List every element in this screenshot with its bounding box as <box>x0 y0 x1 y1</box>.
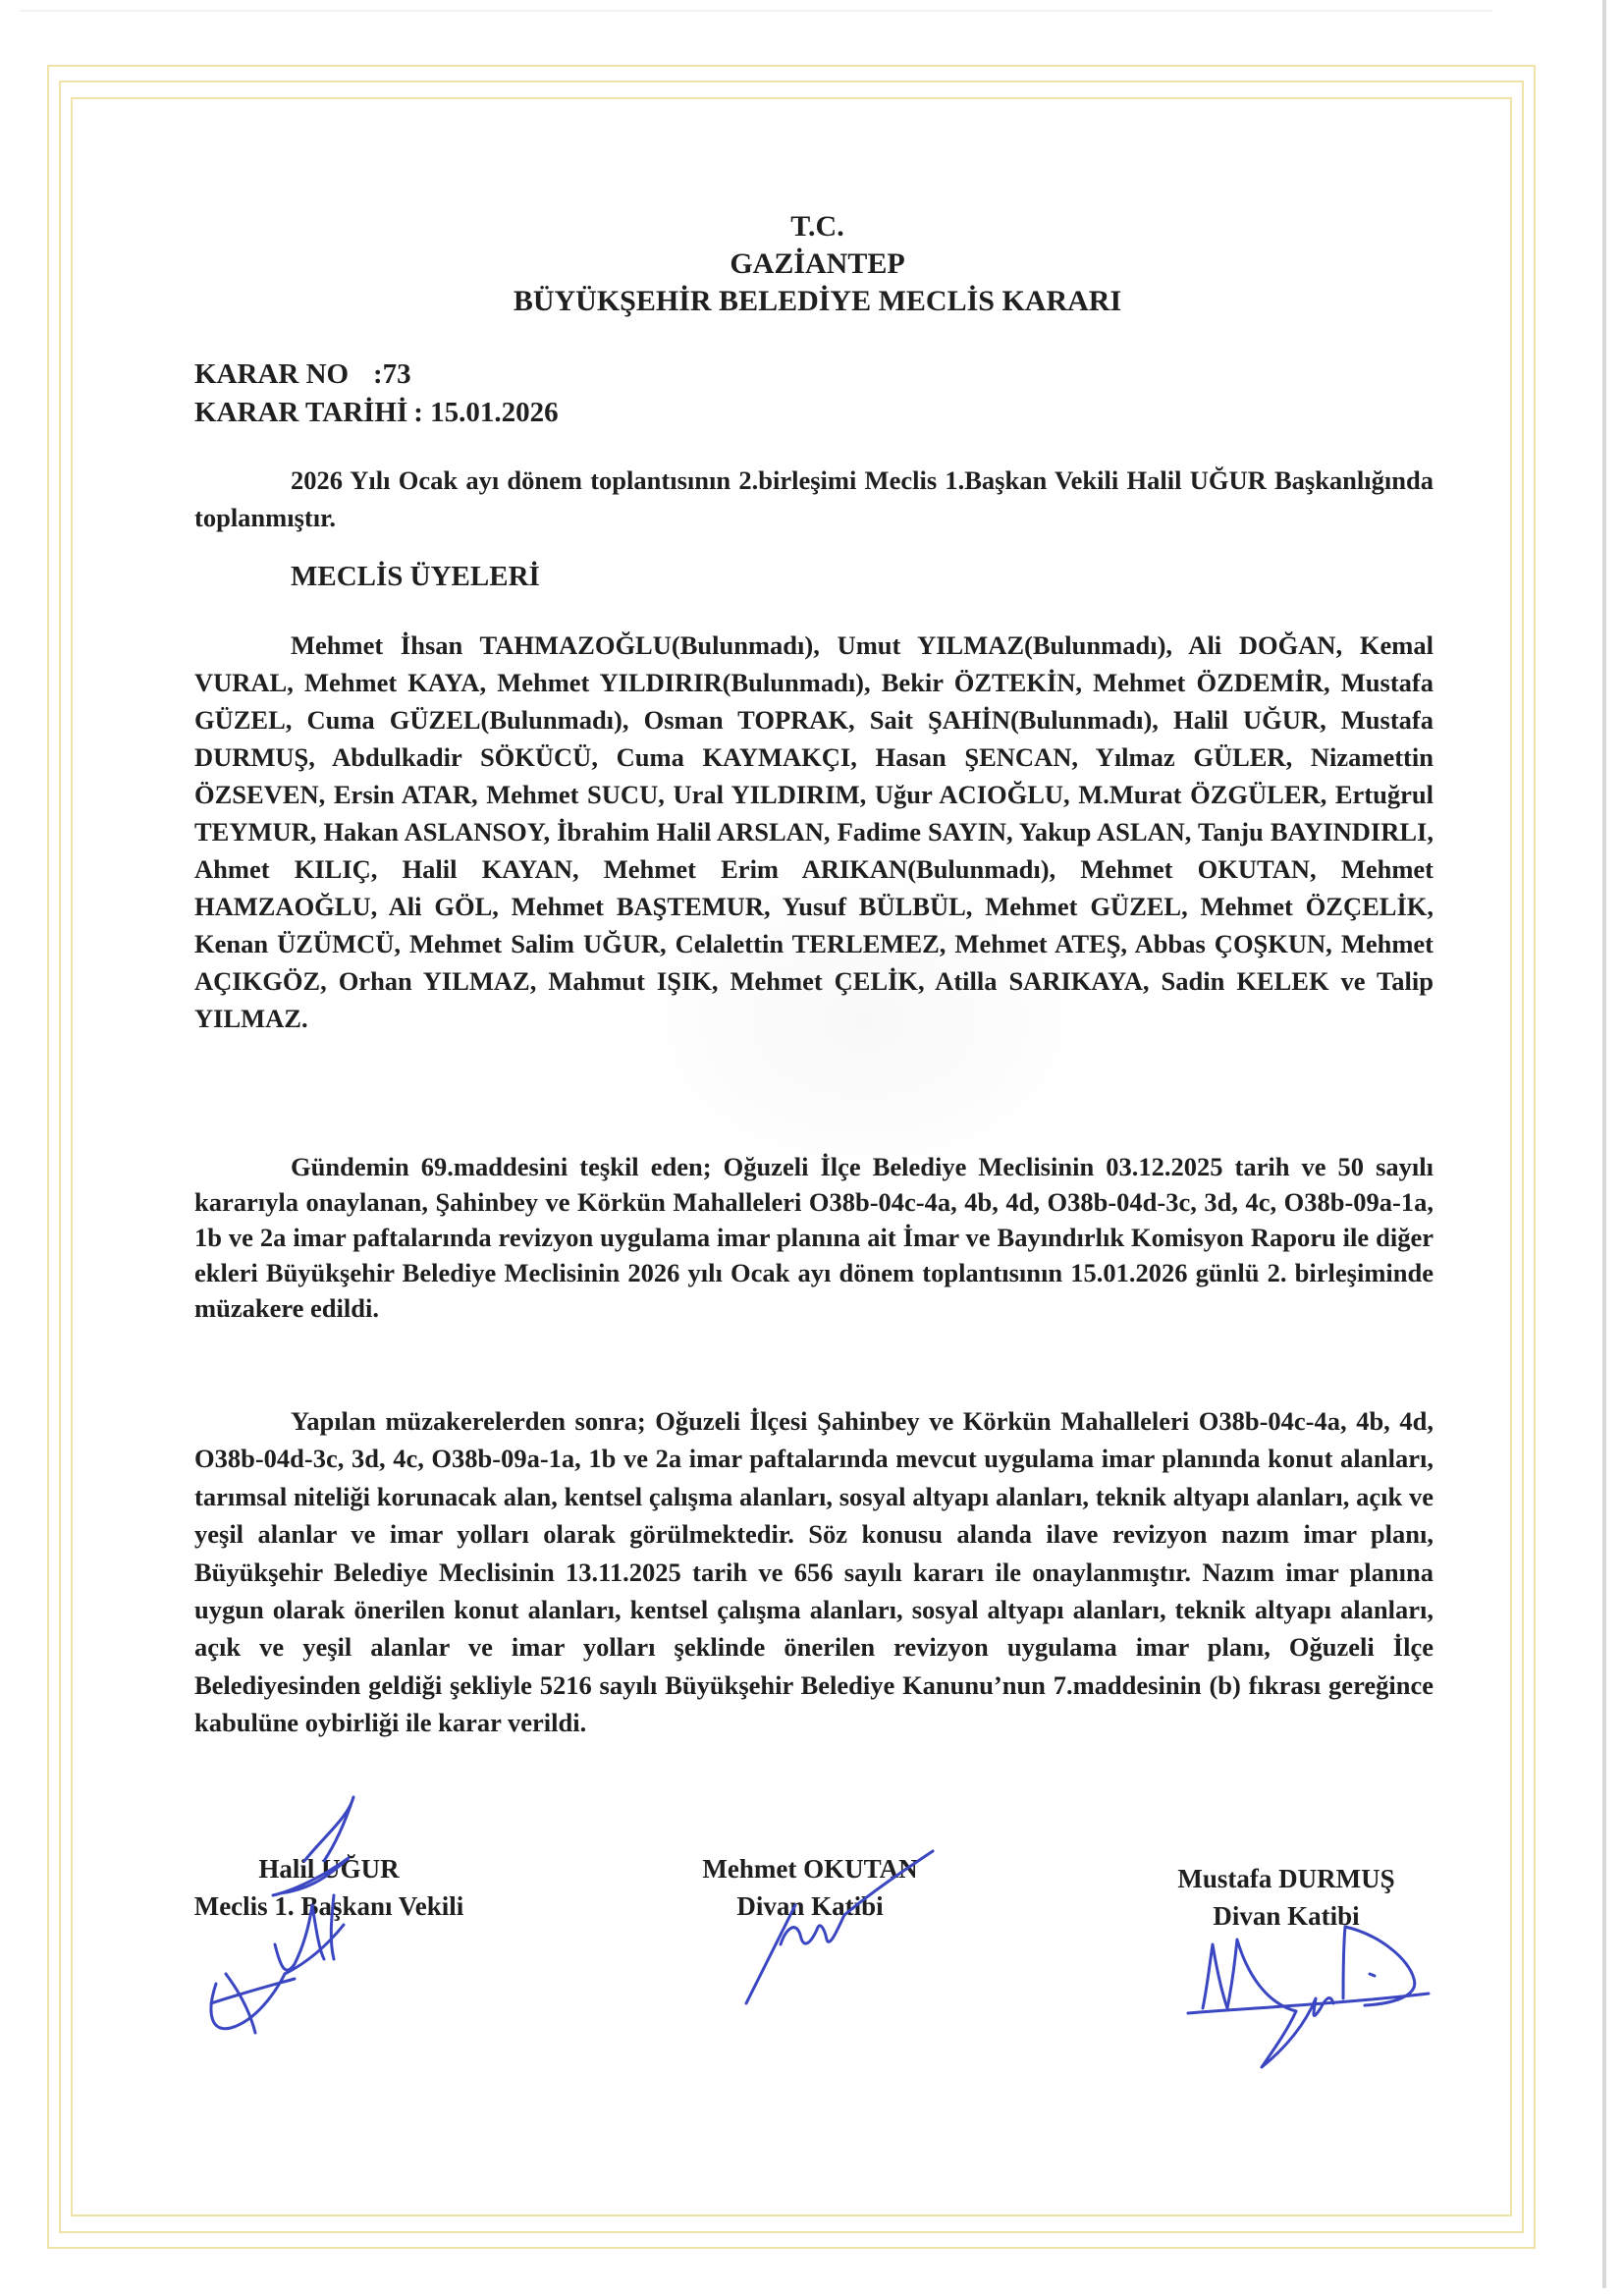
signatory-title: Divan Katibi <box>1139 1897 1434 1935</box>
members-paragraph: Mehmet İhsan TAHMAZOĞLU(Bulunmadı), Umut… <box>194 627 1434 1037</box>
signatory-title: Divan Katibi <box>668 1887 952 1925</box>
document-header: T.C. GAZİANTEP BÜYÜKŞEHİR BELEDİYE MECLİ… <box>0 208 1623 320</box>
header-city: GAZİANTEP <box>12 246 1623 283</box>
decision-date-label: KARAR TARİHİ <box>194 394 407 432</box>
scan-artifact-top <box>20 10 1492 12</box>
decision-date-value: : 15.01.2026 <box>413 394 558 432</box>
header-tc: T.C. <box>12 208 1623 246</box>
decision-meta: KARAR NO :73 KARAR TARİHİ : 15.01.2026 <box>194 355 559 432</box>
decision-number-label: KARAR NO <box>194 355 373 394</box>
intro-paragraph: 2026 Yılı Ocak ayı dönem toplantısının 2… <box>194 462 1434 536</box>
decision-number-row: KARAR NO :73 <box>194 355 559 394</box>
signatory-name: Halil UĞUR <box>191 1850 466 1887</box>
signatory-clerk-1: Mehmet OKUTAN Divan Katibi <box>668 1850 952 1925</box>
decision-number-value: :73 <box>373 355 411 394</box>
signatory-name: Mustafa DURMUŞ <box>1139 1860 1434 1897</box>
agenda-paragraph: Gündemin 69.maddesini teşkil eden; Oğuze… <box>194 1149 1434 1326</box>
signatory-title: Meclis 1. Başkanı Vekili <box>191 1887 466 1925</box>
scan-artifact-edge <box>1602 0 1606 2288</box>
signatory-chair: Halil UĞUR Meclis 1. Başkanı Vekili <box>191 1850 466 1925</box>
signatory-name: Mehmet OKUTAN <box>668 1850 952 1887</box>
decision-date-row: KARAR TARİHİ : 15.01.2026 <box>194 394 559 432</box>
header-title: BÜYÜKŞEHİR BELEDİYE MECLİS KARARI <box>12 283 1623 320</box>
members-heading: MECLİS ÜYELERİ <box>291 558 540 595</box>
signatory-clerk-2: Mustafa DURMUŞ Divan Katibi <box>1139 1860 1434 1935</box>
decision-paragraph: Yapılan müzakerelerden sonra; Oğuzeli İl… <box>194 1402 1434 1742</box>
